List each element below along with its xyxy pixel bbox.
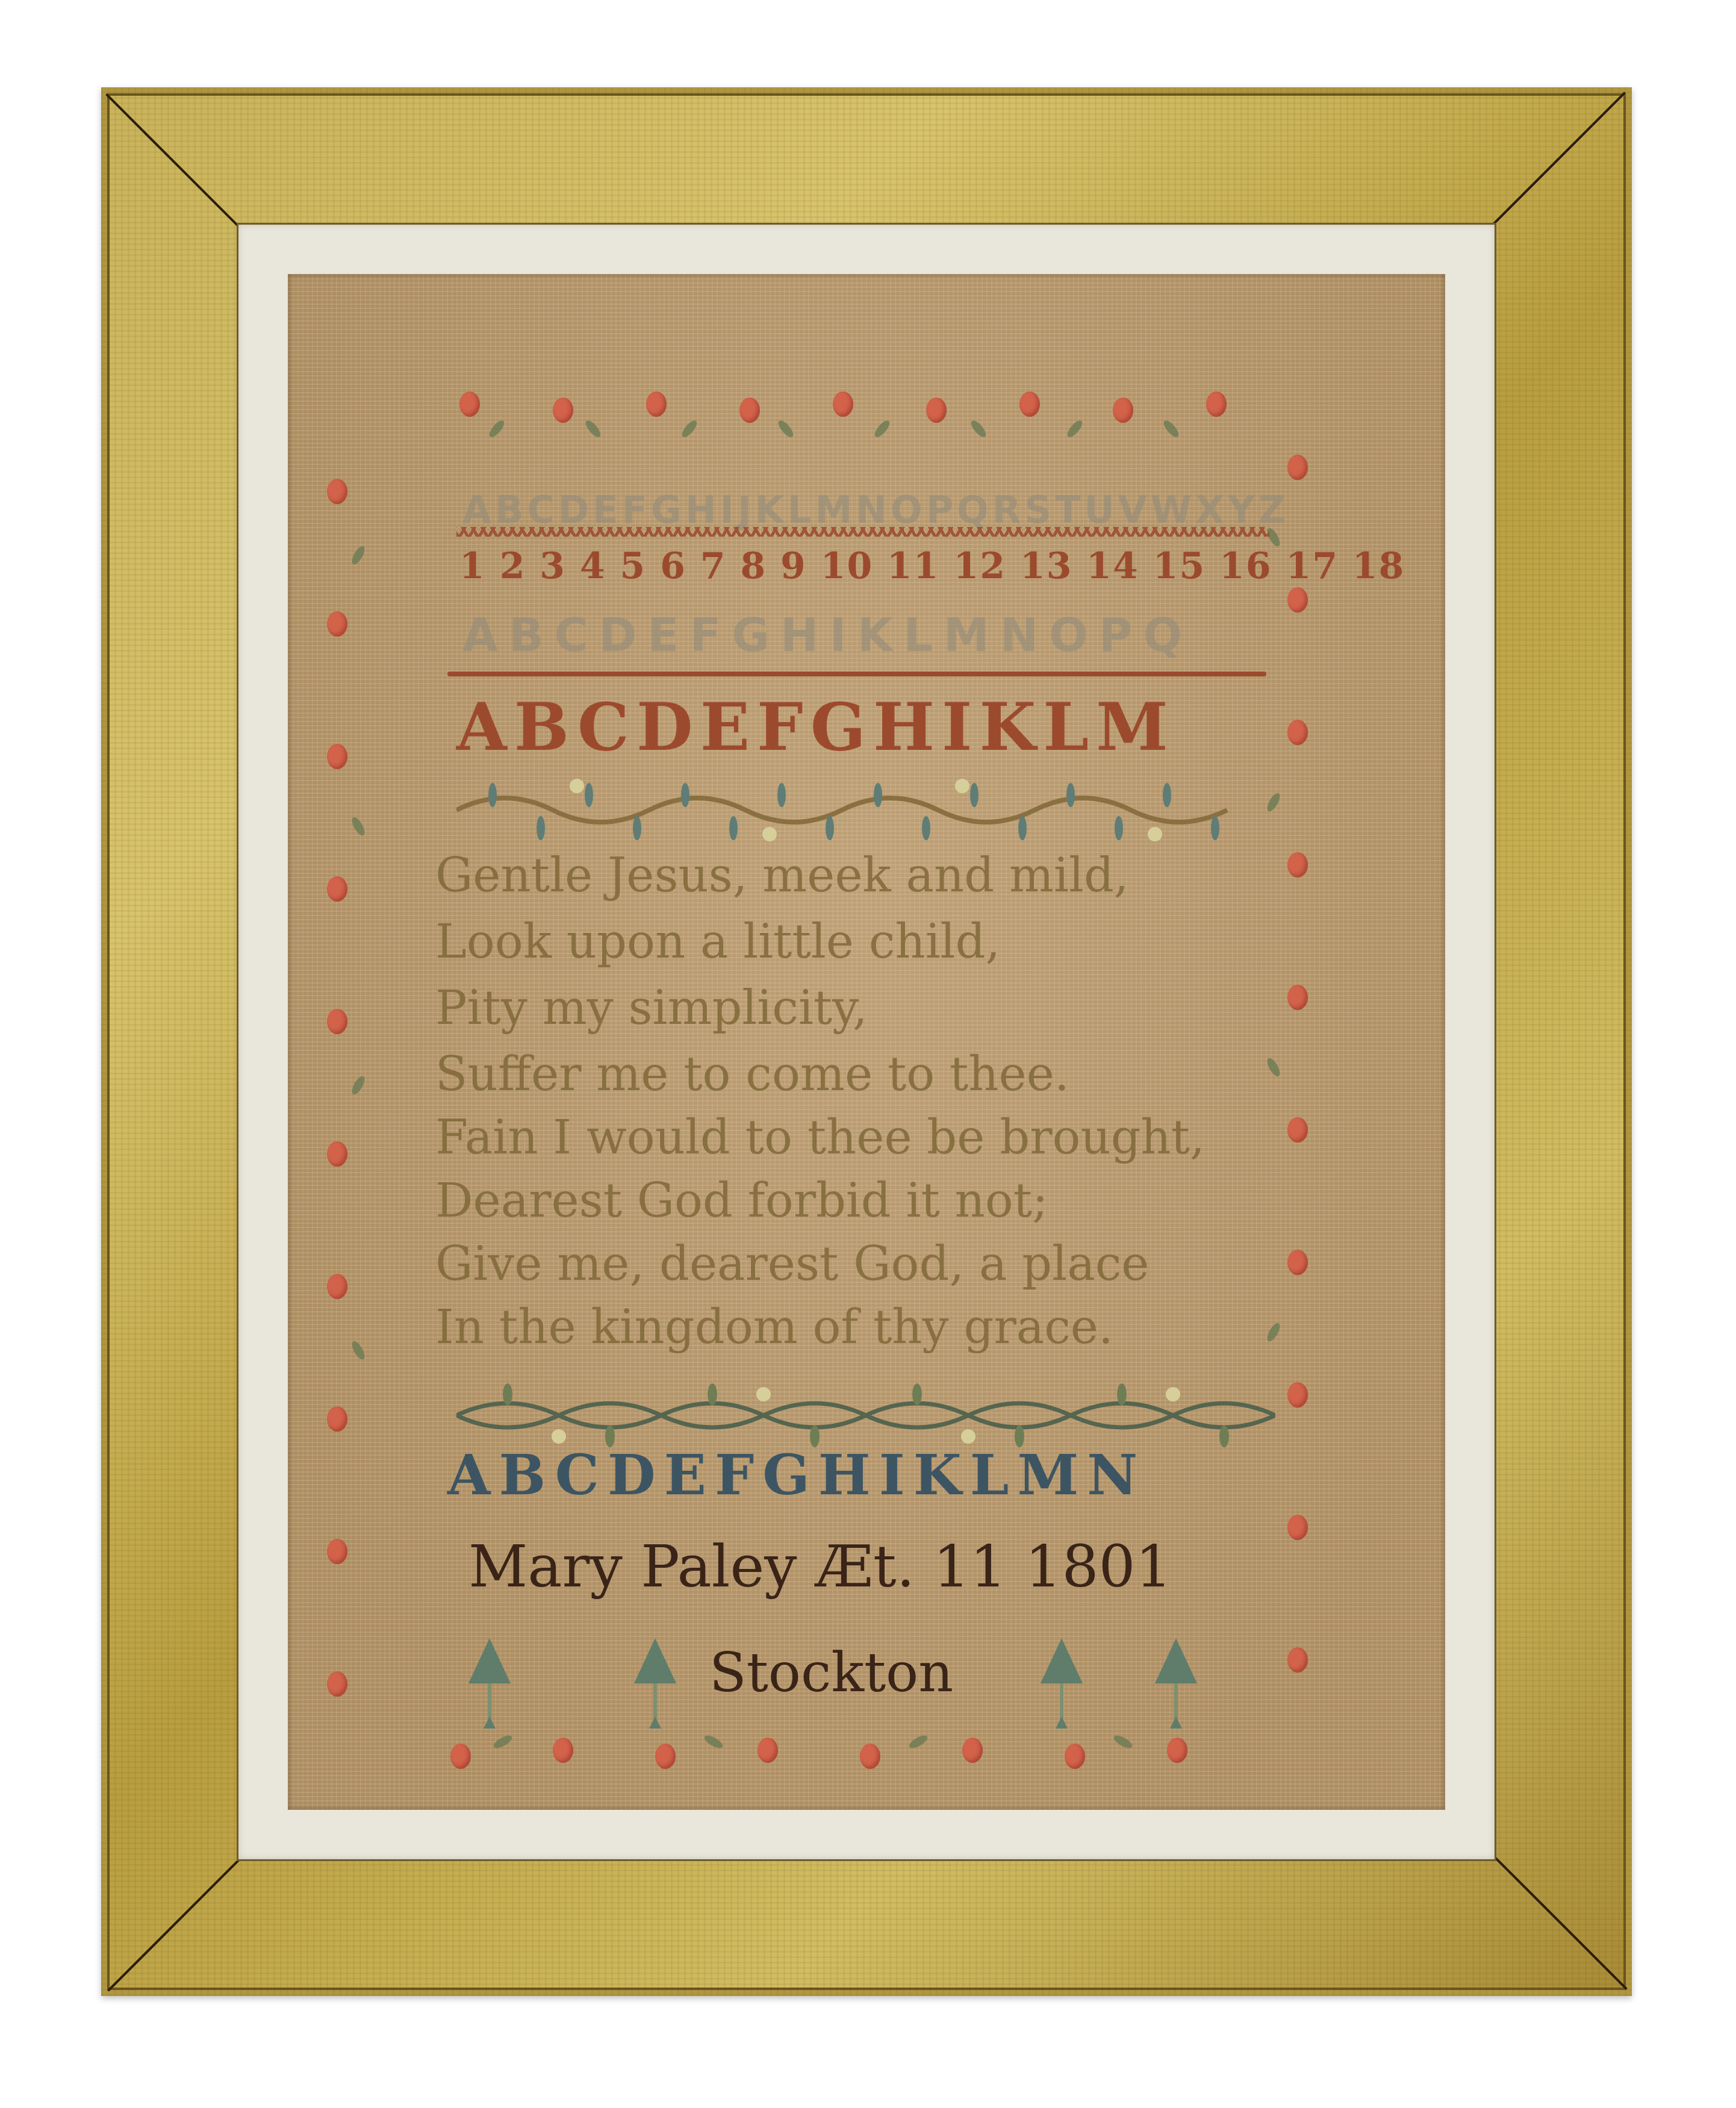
berry-icon bbox=[327, 1671, 347, 1697]
berry-icon bbox=[1065, 1744, 1085, 1769]
berry-icon bbox=[655, 1744, 676, 1769]
berry-icon bbox=[1287, 455, 1308, 480]
place-name: Stockton bbox=[709, 1641, 953, 1704]
leaf-icon bbox=[1265, 1056, 1282, 1078]
leaf-icon bbox=[1162, 418, 1181, 439]
berry-icon bbox=[553, 398, 573, 423]
tree-icon bbox=[1155, 1638, 1197, 1729]
leaf-icon bbox=[680, 418, 700, 439]
berry-icon bbox=[739, 398, 760, 423]
berry-icon bbox=[833, 391, 853, 417]
blue-alphabet: ABCDEFGHIKLMN bbox=[447, 1442, 1146, 1508]
leaf-icon bbox=[487, 418, 507, 439]
berry-icon bbox=[327, 1539, 347, 1564]
verse-line: Pity my simplicity, bbox=[435, 985, 868, 1032]
red-alphabet: ABCDEFGHIKLM bbox=[456, 690, 1175, 766]
verse-line: Look upon a little child, bbox=[435, 918, 1000, 965]
berry-icon bbox=[962, 1738, 983, 1763]
maker-signature: Mary Paley Æt. 11 1801 bbox=[468, 1533, 1172, 1600]
berry-icon bbox=[459, 391, 480, 417]
leaf-icon bbox=[1112, 1733, 1134, 1750]
berry-icon bbox=[1287, 1647, 1308, 1673]
berry-icon bbox=[1287, 852, 1308, 878]
leaf-icon bbox=[1265, 1321, 1282, 1343]
berry-icon bbox=[1287, 1117, 1308, 1143]
linen-ground: ABCDEFGHIJKLMNOPQRSTUVWXYZ 1 2 3 4 5 6 7… bbox=[288, 274, 1445, 1810]
leaf-icon bbox=[907, 1733, 929, 1750]
berry-icon bbox=[1019, 391, 1040, 417]
gilt-frame: ABCDEFGHIJKLMNOPQRSTUVWXYZ 1 2 3 4 5 6 7… bbox=[101, 87, 1632, 1996]
faded-alphabet-second: ABCDEFGHIKLMNOPQ bbox=[462, 608, 1193, 662]
tree-icon bbox=[634, 1638, 676, 1729]
leaf-icon bbox=[873, 418, 892, 439]
berry-icon bbox=[1287, 1382, 1308, 1408]
berry-icon bbox=[327, 1274, 347, 1299]
berry-icon bbox=[758, 1738, 778, 1763]
leaf-icon bbox=[349, 815, 367, 837]
berry-icon bbox=[860, 1744, 880, 1769]
leaf-icon bbox=[969, 418, 989, 439]
leaf-icon bbox=[349, 544, 367, 566]
leaf-icon bbox=[776, 418, 796, 439]
verse-line: In the kingdom of thy grace. bbox=[435, 1304, 1113, 1351]
berry-icon bbox=[1287, 1250, 1308, 1275]
berry-icon bbox=[327, 876, 347, 902]
white-mat: ABCDEFGHIJKLMNOPQRSTUVWXYZ 1 2 3 4 5 6 7… bbox=[237, 223, 1496, 1861]
verse-line: Gentle Jesus, meek and mild, bbox=[435, 852, 1129, 899]
berry-icon bbox=[553, 1738, 573, 1763]
zigzag-rule bbox=[456, 527, 1269, 537]
berry-icon bbox=[327, 1406, 347, 1432]
berry-icon bbox=[1206, 391, 1227, 417]
red-rule bbox=[447, 672, 1266, 676]
berry-icon bbox=[1287, 587, 1308, 613]
leaf-icon bbox=[492, 1733, 514, 1750]
berry-icon bbox=[646, 391, 667, 417]
leaf-icon bbox=[583, 418, 603, 439]
verse-line: Fain I would to thee be brought, bbox=[435, 1114, 1205, 1161]
tree-icon bbox=[468, 1638, 511, 1729]
berry-icon bbox=[1167, 1738, 1187, 1763]
berry-icon bbox=[327, 479, 347, 504]
leaf-icon bbox=[349, 1339, 367, 1361]
leaf-icon bbox=[349, 1074, 367, 1096]
leaf-icon bbox=[703, 1733, 724, 1750]
berry-icon bbox=[450, 1744, 471, 1769]
verse-line: Dearest God forbid it not; bbox=[435, 1177, 1048, 1224]
vine-border-lower bbox=[456, 1382, 1275, 1448]
berry-icon bbox=[327, 744, 347, 769]
berry-icon bbox=[327, 1141, 347, 1167]
verse-line: Suffer me to come to thee. bbox=[435, 1051, 1069, 1098]
berry-icon bbox=[1113, 398, 1133, 423]
berry-icon bbox=[926, 398, 947, 423]
berry-icon bbox=[1287, 720, 1308, 745]
berry-icon bbox=[327, 611, 347, 637]
numbers-row: 1 2 3 4 5 6 7 8 9 10 11 12 13 14 15 16 1… bbox=[459, 545, 1405, 587]
leaf-icon bbox=[1065, 418, 1085, 439]
vine-border-upper bbox=[456, 774, 1269, 846]
berry-icon bbox=[1287, 1515, 1308, 1540]
berry-icon bbox=[327, 1009, 347, 1034]
tree-icon bbox=[1041, 1638, 1083, 1729]
verse-line: Give me, dearest God, a place bbox=[435, 1241, 1150, 1288]
berry-icon bbox=[1287, 985, 1308, 1010]
faded-alphabet-top: ABCDEFGHIJKLMNOPQRSTUVWXYZ bbox=[462, 488, 1289, 532]
